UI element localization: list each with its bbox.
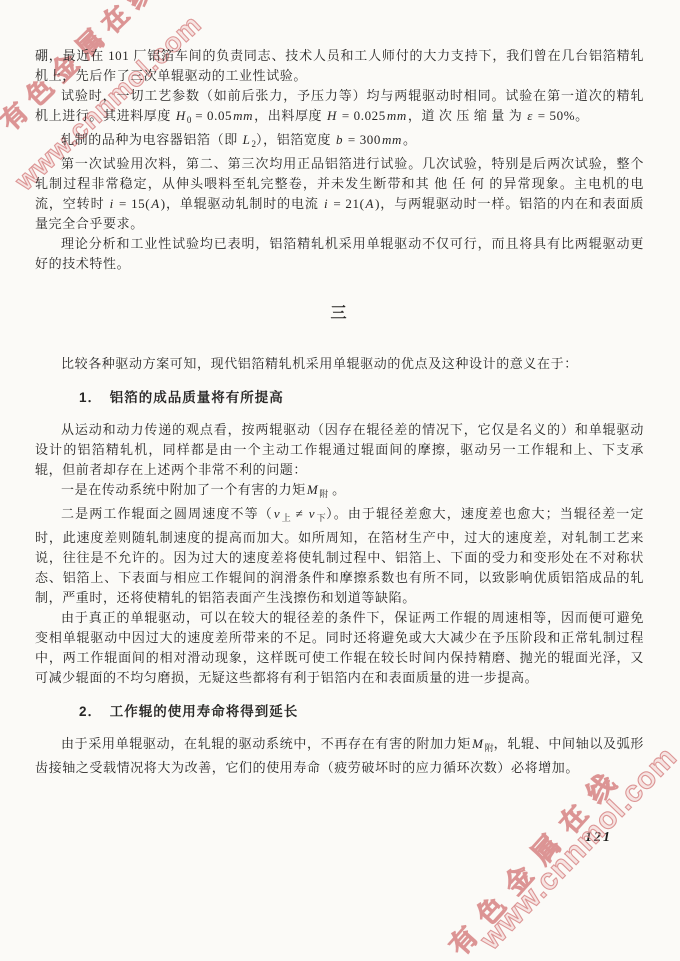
text-run: 1． 铝箔的成品质量将有所提高: [79, 390, 284, 405]
text-run: 二是两工作辊面之圆周速度不等（: [61, 506, 273, 521]
text-run: 三: [330, 305, 348, 322]
section-heading: 三: [35, 304, 644, 324]
text-run: 比较各种驱动方案可知，现代铝箔精轧机采用单辊驱动的优点及这种设计的意义在于：: [61, 356, 578, 371]
math-symbol: v: [273, 506, 281, 521]
text-run: 轧制的品种为电容器铝箔（即: [61, 132, 242, 147]
paragraph: 由于真正的单辊驱动，可以在较大的辊径差的条件下，保证两工作辊的周速相等，因而便可…: [35, 608, 644, 688]
text-run: 由于采用单辊驱动，在轧辊的驱动系统中，不再存在有害的附加力矩: [61, 736, 471, 751]
text-run: = 300: [344, 132, 381, 147]
page-number: 121: [585, 830, 612, 846]
text-run: = 50%。: [534, 108, 589, 123]
subsection-heading: 1． 铝箔的成品质量将有所提高: [79, 388, 644, 408]
math-symbol: mm: [386, 108, 408, 123]
text-run: 从运动和动力传递的观点看，按两辊驱动（因存在辊径差的情况下，它仅是名义的）和单辊…: [35, 422, 644, 477]
text-run: = 0.025: [338, 108, 386, 123]
paragraph: 比较各种驱动方案可知，现代铝箔精轧机采用单辊驱动的优点及这种设计的意义在于：: [35, 354, 644, 374]
scanned-document-page: { "page": { "number": "121", "content": …: [0, 0, 680, 961]
math-symbol: H: [326, 108, 338, 123]
paragraph: 一是在传动系统中附加了一个有害的力矩M附 。: [35, 480, 644, 504]
text-run: 硼，最近在 101 厂铝箔车间的负责同志、技术人员和工人师付的大力支持下，我们曾…: [35, 48, 644, 83]
text-run: 一是在传动系统中附加了一个有害的力矩: [61, 482, 306, 497]
text-run: ≠: [291, 506, 307, 521]
subscript: 下: [316, 513, 326, 523]
text-run: 理论分析和工业性试验均已表明，铝箔精轧机采用单辊驱动不仅可行，而且将具有比两辊驱…: [35, 236, 644, 271]
subscript: 附: [319, 489, 328, 499]
subscript: 附: [485, 743, 494, 753]
math-symbol: mm: [381, 132, 403, 147]
text-run: ），铝箔宽度: [256, 132, 335, 147]
text-run: 由于真正的单辊驱动，可以在较大的辊径差的条件下，保证两工作辊的周速相等，因而便可…: [35, 610, 644, 685]
math-symbol: M: [471, 736, 484, 751]
subscript: 上: [281, 513, 291, 523]
text-run: 。: [328, 482, 345, 497]
text-run: ，出料厚度: [254, 108, 326, 123]
paragraph: 从运动和动力传递的观点看，按两辊驱动（因存在辊径差的情况下，它仅是名义的）和单辊…: [35, 420, 644, 480]
text-run: = 21(: [329, 196, 364, 211]
paragraph: 试验时，一切工艺参数（如前后张力，予压力等）均与两辊驱动时相同。试验在第一道次的…: [35, 86, 644, 130]
paragraph: 理论分析和工业性试验均已表明，铝箔精轧机采用单辊驱动不仅可行，而且将具有比两辊驱…: [35, 234, 644, 274]
text-run: 2． 工作辊的使用寿命将得到延长: [79, 704, 298, 719]
text-run: = 15(: [115, 196, 150, 211]
document-body: 硼，最近在 101 厂铝箔车间的负责同志、技术人员和工人师付的大力支持下，我们曾…: [0, 0, 680, 961]
text-run: ，道 次 压 缩 量 为: [408, 108, 526, 123]
math-symbol: b: [335, 132, 344, 147]
math-symbol: mm: [232, 108, 254, 123]
math-symbol: ε: [526, 108, 534, 123]
math-symbol: H: [175, 108, 187, 123]
math-symbol: v: [308, 506, 316, 521]
paragraph: 轧制的品种为电容器铝箔（即 L2），铝箔宽度 b = 300mm。: [35, 130, 644, 154]
paragraph: 第一次试验用次料，第二、第三次均用正品铝箔进行试验。几次试验，特别是后两次试验，…: [35, 154, 644, 234]
text-run: 。: [403, 132, 417, 147]
math-symbol: M: [306, 482, 319, 497]
math-symbol: A: [365, 196, 376, 211]
math-symbol: A: [150, 196, 161, 211]
subsection-heading: 2． 工作辊的使用寿命将得到延长: [79, 702, 644, 722]
paragraph: 由于采用单辊驱动，在轧辊的驱动系统中，不再存在有害的附加力矩M附，轧辊、中间轴以…: [35, 734, 644, 778]
paragraph: 二是两工作辊面之圆周速度不等（v上 ≠ v下）。由于辊径差愈大，速度差也愈大；当…: [35, 504, 644, 608]
text-run: )，单辊驱动轧制时的电流: [161, 196, 323, 211]
math-symbol: L: [242, 132, 252, 147]
paragraph: 硼，最近在 101 厂铝箔车间的负责同志、技术人员和工人师付的大力支持下，我们曾…: [35, 46, 644, 86]
text-run: = 0.05: [191, 108, 232, 123]
